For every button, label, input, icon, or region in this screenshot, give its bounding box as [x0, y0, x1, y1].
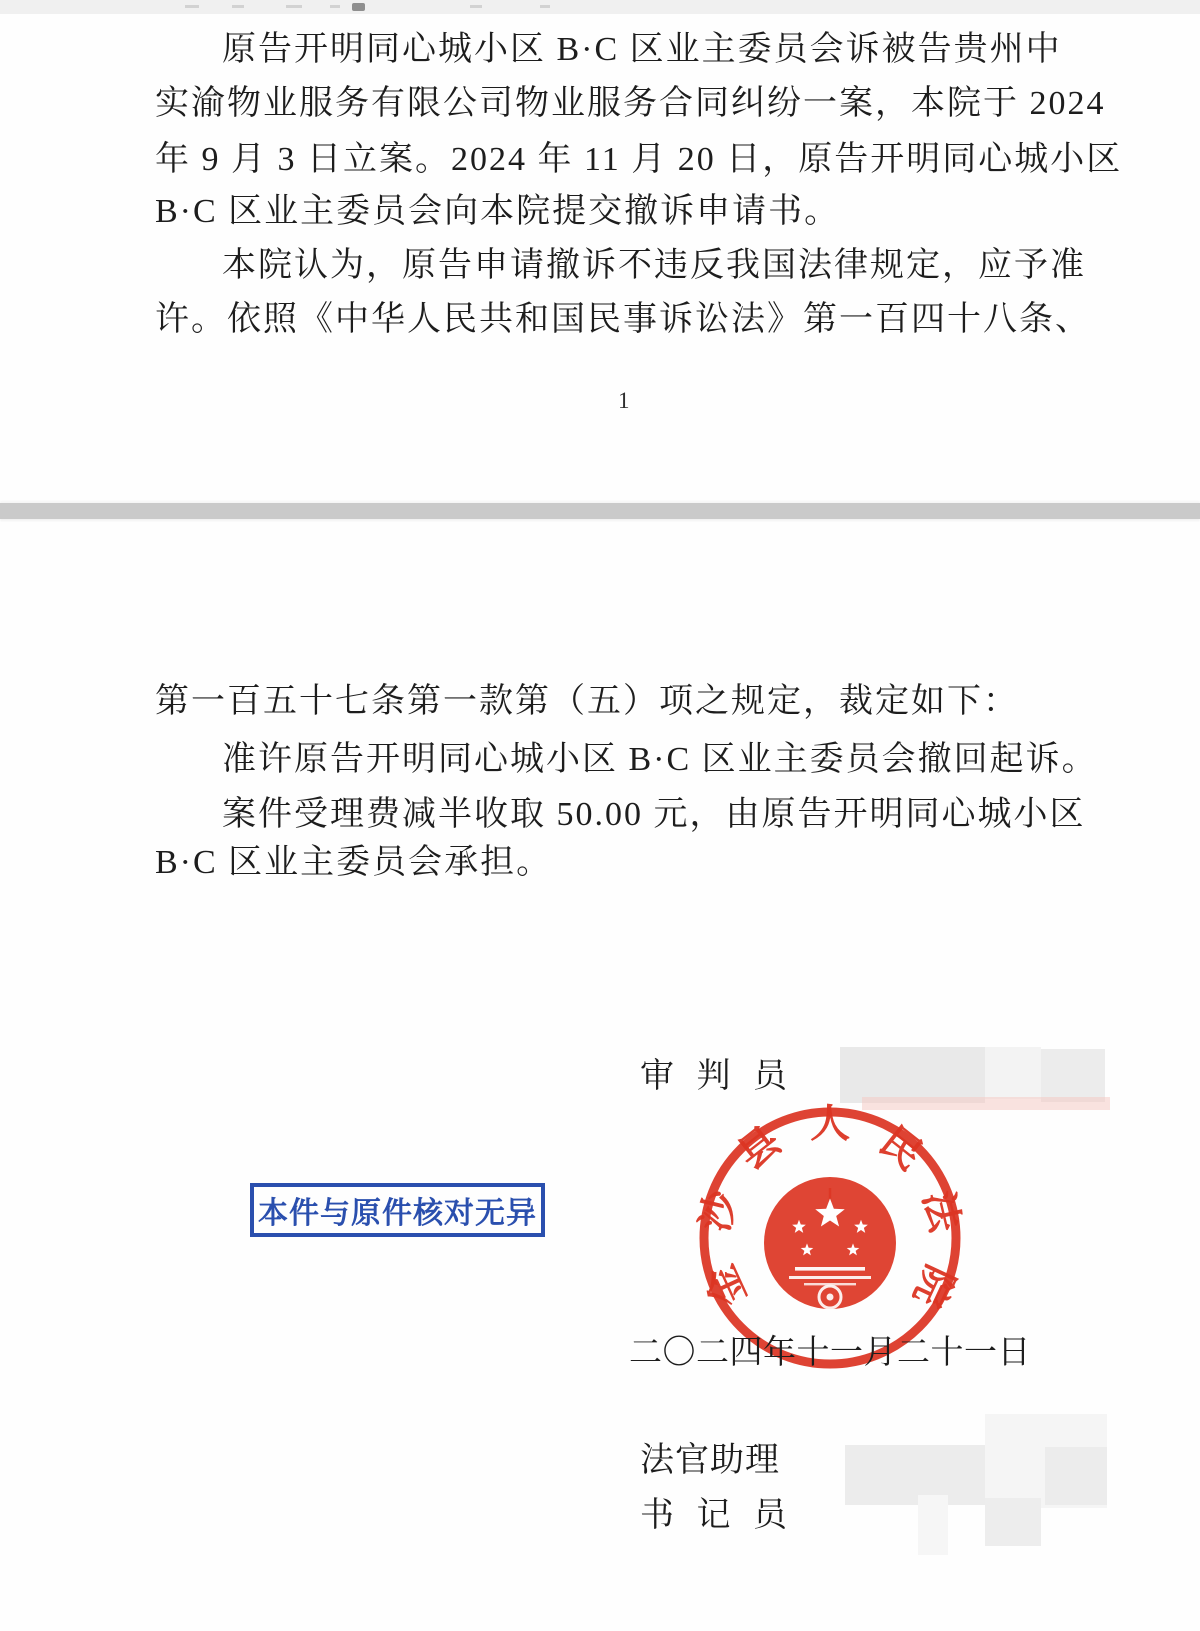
- redaction-block: [918, 1495, 948, 1555]
- redaction-smear: [862, 1097, 1110, 1110]
- judge-label: 审 判 员: [640, 1048, 789, 1097]
- redaction-block: [985, 1047, 1041, 1099]
- page-number: 1: [618, 388, 630, 414]
- ruling-date: 二〇二四年十一月二十一日: [629, 1326, 1031, 1373]
- text-fragment: [330, 5, 340, 8]
- text-fragment: [286, 5, 302, 8]
- court-clerk-label: 书 记 员: [640, 1487, 789, 1536]
- body-line: B·C 区业主委员会承担。: [155, 841, 552, 885]
- text-fragment: [232, 5, 244, 8]
- text-fragment: [470, 5, 482, 8]
- body-line: 第一百五十七条第一款第（五）项之规定，裁定如下：: [155, 680, 1019, 724]
- verification-stamp: 本件与原件核对无异: [250, 1183, 545, 1237]
- judge-assistant-label: 法官助理: [640, 1432, 780, 1481]
- verification-stamp-text: 本件与原件核对无异: [258, 1188, 537, 1232]
- text-fragment: [352, 3, 365, 11]
- national-emblem-icon: [764, 1177, 896, 1309]
- redaction-block: [845, 1445, 985, 1505]
- page-break-separator: [0, 503, 1200, 519]
- body-line: 原告开明同心城小区 B·C 区业主委员会诉被告贵州中: [222, 28, 1062, 72]
- scanned-court-ruling-document: 原告开明同心城小区 B·C 区业主委员会诉被告贵州中 实渝物业服务有限公司物业服…: [0, 0, 1200, 1631]
- redaction-block: [840, 1047, 985, 1103]
- cropped-text-strip: [0, 0, 1200, 14]
- redaction-block: [1045, 1447, 1107, 1505]
- redaction-block: [1041, 1049, 1105, 1102]
- body-line: 年 9 月 3 日立案。2024 年 11 月 20 日，原告开明同心城小区: [155, 138, 1122, 182]
- text-fragment: [540, 5, 550, 8]
- body-line: 案件受理费减半收取 50.00 元，由原告开明同心城小区: [222, 793, 1086, 837]
- body-line: 许。依照《中华人民共和国民事诉讼法》第一百四十八条、: [155, 298, 1091, 342]
- redaction-block: [985, 1498, 1041, 1546]
- body-line: B·C 区业主委员会向本院提交撤诉申请书。: [155, 190, 840, 234]
- body-line: 本院认为，原告申请撤诉不违反我国法律规定，应予准: [222, 244, 1086, 288]
- body-line: 准许原告开明同心城小区 B·C 区业主委员会撤回起诉。: [222, 738, 1098, 782]
- text-fragment: [185, 5, 199, 8]
- body-line: 实渝物业服务有限公司物业服务合同纠纷一案，本院于 2024: [155, 82, 1106, 126]
